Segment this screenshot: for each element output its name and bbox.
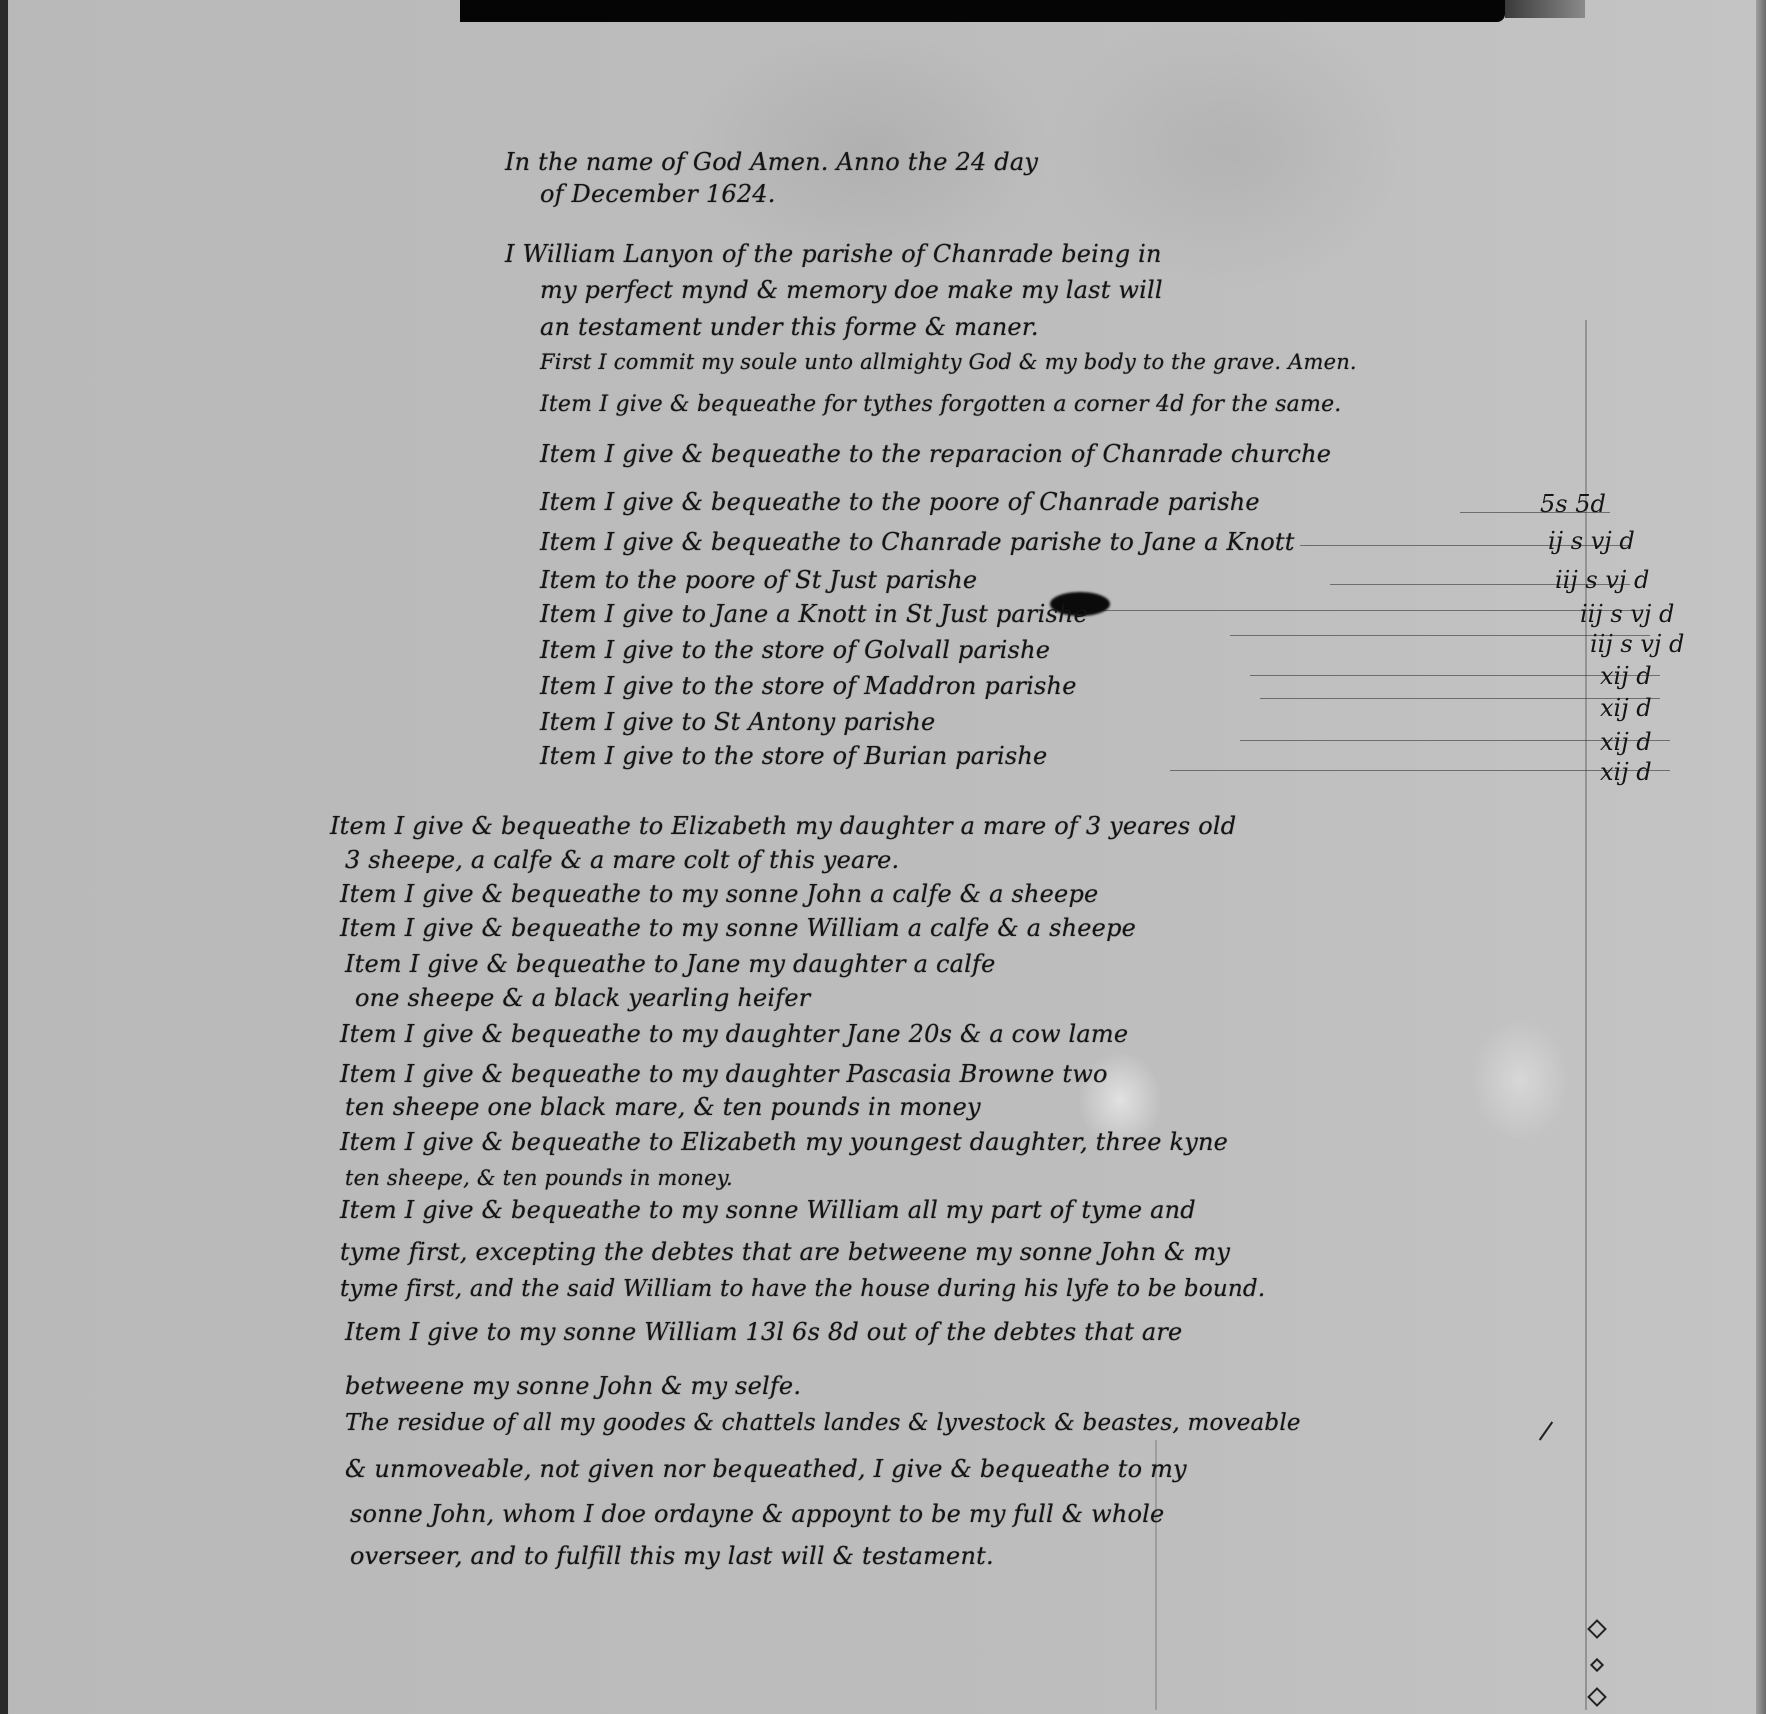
amount: xij d [1600,728,1652,756]
manuscript-scan: In the name of God Amen. Anno the 24 day… [0,0,1766,1714]
text-line: Item I give & bequeathe to Jane my daugh… [345,950,996,978]
text-line: an testament under this forme & maner. [540,313,1039,341]
text-line: my perfect mynd & memory doe make my las… [540,276,1163,304]
scan-top-black-bar [460,0,1505,22]
text-line: & unmoveable, not given nor bequeathed, … [345,1455,1187,1483]
text-line: Item I give & bequeathe to Chanrade pari… [540,528,1295,556]
text-line: tyme first, and the said William to have… [340,1276,1265,1302]
margin-stroke [1539,1421,1553,1440]
text-line: Item I give & bequeathe to my sonne Will… [340,914,1136,942]
text-line: In the name of God Amen. Anno the 24 day [505,148,1038,176]
amount-rule [1250,675,1660,676]
text-line: betweene my sonne John & my selfe. [345,1372,801,1400]
text-line: Item I give & bequeathe to my sonne Will… [340,1196,1196,1224]
text-line: First I commit my soule unto allmighty G… [540,350,1357,374]
text-line: Item I give & bequeathe to the poore of … [540,488,1260,516]
text-line: Item I give & bequeathe to Elizabeth my … [330,812,1236,840]
text-line: overseer, and to fulfill this my last wi… [350,1542,994,1570]
amount: iij s vj d [1580,600,1674,628]
text-line: Item I give & bequeathe for tythes forgo… [540,392,1341,417]
text-line: Item I give to the store of Maddron pari… [540,672,1077,700]
binding-hole-mark [1590,1658,1604,1672]
text-line: of December 1624. [540,180,776,208]
amount-rule [1060,610,1640,611]
text-line: one sheepe & a black yearling heifer [355,984,810,1012]
text-line: tyme first, excepting the debtes that ar… [340,1238,1230,1266]
amount: ij s vj d [1548,527,1635,555]
amount-rule [1170,770,1670,771]
amount: 5s 5d [1540,490,1606,518]
text-line: Item to the poore of St Just parishe [540,566,977,594]
binding-hole-mark [1587,1687,1607,1707]
amount: xij d [1600,662,1652,690]
text-line: The residue of all my goodes & chattels … [345,1410,1301,1436]
scan-top-shadow [1505,0,1585,18]
binding-hole-mark [1587,1619,1607,1639]
text-line: 3 sheepe, a calfe & a mare colt of this … [345,846,899,874]
text-line: Item I give & bequeathe to my daughter J… [340,1020,1128,1048]
text-line: Item I give to the store of Golvall pari… [540,636,1050,664]
scan-left-edge [0,0,8,1714]
text-line: Item I give & bequeathe to my daughter P… [340,1060,1108,1088]
text-line: Item I give & bequeathe to my sonne John… [340,880,1098,908]
text-line: Item I give to Jane a Knott in St Just p… [540,600,1088,628]
text-line: Item I give to the store of Burian paris… [540,742,1047,770]
text-line: Item I give & bequeathe to Elizabeth my … [340,1128,1228,1156]
text-line: Item I give & bequeathe to the reparacio… [540,440,1331,468]
text-line: Item I give to St Antony parishe [540,708,935,736]
text-line: ten sheepe one black mare, & ten pounds … [345,1093,981,1121]
amount: xij d [1600,694,1652,722]
amount: xij d [1600,758,1652,786]
text-line: sonne John, whom I doe ordayne & appoynt… [350,1500,1164,1528]
text-line: I William Lanyon of the parishe of Chanr… [505,240,1162,268]
text-line: Item I give to my sonne William 13l 6s 8… [345,1318,1182,1346]
amount: iij s vj d [1590,630,1684,658]
amount-rule [1230,635,1650,636]
scan-right-edge [1756,0,1766,1714]
amount: iij s vj d [1555,566,1649,594]
text-line: ten sheepe, & ten pounds in money. [345,1166,733,1190]
